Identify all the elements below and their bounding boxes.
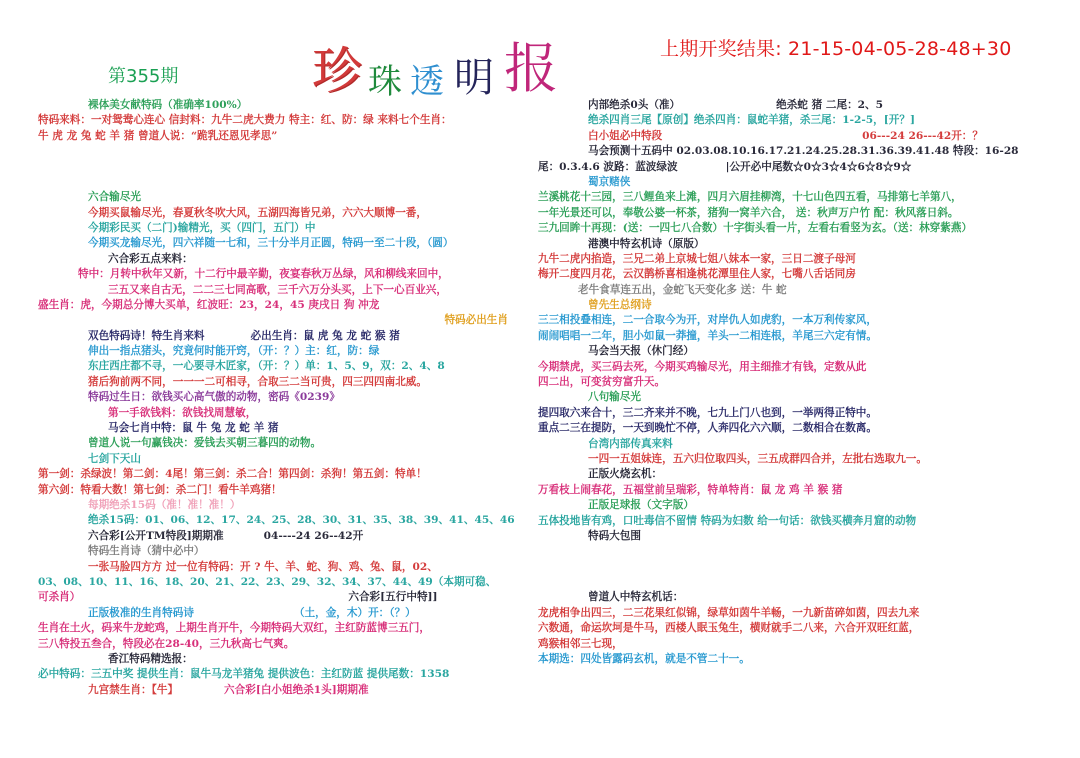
section-heading: 特码生肖诗（猜中必中） bbox=[38, 544, 508, 559]
heading-label: 双色特码诗！特生肖来料 bbox=[88, 330, 205, 342]
text-line: 今期禁虎，买三码去死，今期买鸡输尽光，用主细推才有钱，定数从此 bbox=[538, 360, 1038, 375]
text-line: 绝杀15码：01、06、12、17、24、25、28、30、31、35、38、3… bbox=[38, 513, 508, 528]
text-line: 万看枝上闹春花，五福堂前呈瑞彩，特单特肖：鼠 龙 鸡 羊 猴 猪 bbox=[538, 483, 1038, 498]
section-heading: 每期绝杀15码（准！准！准！） bbox=[38, 498, 508, 513]
text-line: 提四取六来合十，三二齐来并不晚，七九上门八也到，一举两得正特中。 bbox=[538, 406, 1038, 421]
text-line: 龙虎相争出四三，二三花果红似锦，绿草如茵牛羊畅，一九新苗碎如茵，四去九来 bbox=[538, 606, 1038, 621]
section-heading: 曾先生总纲诗 bbox=[538, 298, 1038, 313]
text-line: 一年光景还可以，奉敬公婆一杯茶，猪狗一窝羊六合， 送：秋声万户竹 配：秋风落日斜… bbox=[538, 206, 1038, 221]
text-line: 白小姐必中特段06---24 26---42开：？ bbox=[538, 129, 1038, 144]
text-line: 本期选：四处皆露码玄机，就是不管二十一。 bbox=[538, 652, 1038, 667]
text-line: 03、08、10、11、16、18、20、21、22、23、29、32、34、3… bbox=[38, 575, 508, 590]
section-heading: 正版足球报（文字版） bbox=[538, 498, 1038, 513]
elements-value: （土，金，木）开：（？） bbox=[294, 607, 416, 619]
heading-label: 六合彩[公开TM特段]期期准 bbox=[88, 530, 224, 542]
section-heading: 裸体美女献特码（准确率100%） bbox=[38, 98, 508, 113]
kill-values: 绝杀蛇 猪 二尾：2、5 bbox=[776, 99, 883, 111]
heading-label: 正版极准的生肖特码诗 bbox=[88, 607, 194, 619]
last-draw-result: 上期开奖结果: 21-15-04-05-28-48+30 bbox=[660, 34, 1011, 61]
text-line: 东庄西庄都不寻，一心要寻木匠家，（开：？）单：1、5、9，双：2、4、8 bbox=[38, 359, 508, 374]
text-line: 尾：0.3.4.6 波路：蓝波绿波|公开必中尾数☆0☆3☆4☆6☆8☆9☆ bbox=[538, 160, 1038, 175]
text-line: 可杀肖）六合彩[五行中特]] bbox=[38, 590, 508, 605]
text-line: 五体投地皆有鸡，口吐毒信不留情 特码为妇数 给一句话：欲钱买横奔月窟的动物 bbox=[538, 514, 1038, 529]
text-fragment: 尾：0.3.4.6 波路：蓝波绿波 bbox=[538, 161, 678, 173]
heading-label: 六合彩[白小姐绝杀1头]期期准 bbox=[224, 684, 369, 696]
text-line: 特码来料：一对鸳鸯心连心 信封料：九牛二虎大费力 特主：红、防：绿 来料七个生肖… bbox=[38, 113, 508, 128]
text-line: 马会七肖中特：鼠 牛 兔 龙 蛇 羊 猪 bbox=[38, 421, 508, 436]
text-line: 三八特投五叁合，特段必在28-40，三九秋高七气爽。 bbox=[38, 637, 508, 652]
text-line: 正版极准的生肖特码诗（土，金，木）开：（？） bbox=[38, 606, 508, 621]
text-line: 三三相投叠相连，二一合取今为开，对岸仇人如虎豹，一本万利传家风， bbox=[538, 313, 1038, 328]
text-line: 特码过生日：欲钱买心高气傲的动物，密码《0239》 bbox=[38, 390, 508, 405]
text-line: 生肖在土火，码来牛龙蛇鸡，上期生肖开牛，今期特码大双红，主红防蓝博三五门， bbox=[38, 621, 508, 636]
text-line: 第一手欲钱料：欲钱找周慧敏， bbox=[38, 406, 508, 421]
text-line: 伸出一指点猪头，究竟何时能开窍，（开：？）主：红，防：绿 bbox=[38, 344, 508, 359]
section-heading: 正版火烧玄机： bbox=[538, 467, 1038, 482]
heading-label: 白小姐必中特段 bbox=[588, 130, 662, 142]
text-line: 特中：月转中秋年又新，十二行中最辛勤，夜宴春秋万丛绿，风和柳线来回中， bbox=[38, 267, 508, 282]
spacer bbox=[38, 144, 508, 190]
section-heading: 八句输尽光 bbox=[538, 390, 1038, 405]
text-line: 盛生肖：虎，今期总分博大买单，红波旺：23，24，45 庚戌日 狗 冲龙 bbox=[38, 298, 508, 313]
text-line: 今期买鼠输尽光，春夏秋冬吹大风，五湖四海皆兄弟，六六大顺博一番， bbox=[38, 206, 508, 221]
text-line: 一张马脸四方方 过一位有特码：开 ? 牛、羊、蛇、狗、鸡、兔、鼠，02、 bbox=[38, 560, 508, 575]
title-char-2: 珠 bbox=[368, 54, 402, 103]
text-line: 一四一五姐妹连，五六归位取四头，三五成群四合并，左批右选取九一。 bbox=[538, 452, 1038, 467]
text-line: 第一剑：杀绿波！第二剑：4尾！第三剑：杀二合！第四剑：杀狗！第五剑：特单！ bbox=[38, 467, 508, 482]
text-line: 今期买龙输尽光，四六祥随一七和，三十分半月正圆，特码一至二十段，（圆） bbox=[38, 236, 508, 251]
text-line: 猪后狗前两不同，一一一二可相寻，合取三二当可贵，四三四四南北威。 bbox=[38, 375, 508, 390]
section-heading: 港澳中特玄机诗（原版） bbox=[538, 237, 1038, 252]
text-line: 梅开二度四月花，云汉鹊桥喜相逢桃花潭里住人家，七嘴八舌话同房 bbox=[538, 267, 1038, 282]
section-heading: 特码必出生肖 bbox=[38, 313, 508, 328]
zodiac-list: 必出生肖：鼠 虎 兔 龙 蛇 猴 猪 bbox=[251, 330, 400, 342]
section-heading: 六合彩五点来料： bbox=[38, 252, 508, 267]
section-heading: 蜀京赌侠 bbox=[538, 175, 1038, 190]
text-line: 第六剑：特看大数！第七剑：杀二门！看牛羊鸡猪！ bbox=[38, 483, 508, 498]
text-line: 重点二三在提防，一天到晚忙不停，人奔四化六六顺，二数相合在数离。 bbox=[538, 421, 1038, 436]
text-line: 三五又来自古无，二二三七同高歌，三千六万分头买，上下一心百业兴， bbox=[38, 283, 508, 298]
title-char-1: 珍 bbox=[312, 31, 362, 103]
right-column: 内部绝杀0头（准）绝杀蛇 猪 二尾：2、5 绝杀四肖三尾【原创】绝杀四肖：鼠蛇羊… bbox=[538, 98, 1038, 667]
page-header: 第355期 珍 珠 透 明 报 上期开奖结果: 21-15-04-05-28-4… bbox=[0, 0, 1080, 95]
text-fragment: 九宫禁生肖：【牛】 bbox=[88, 684, 178, 696]
text-line: 四二出，可变贫穷富升天。 bbox=[538, 375, 1038, 390]
section-heading: 特码大包围 bbox=[538, 529, 1038, 544]
tail-numbers: |公开必中尾数☆0☆3☆4☆6☆8☆9☆ bbox=[726, 161, 912, 173]
text-line: 内部绝杀0头（准）绝杀蛇 猪 二尾：2、5 bbox=[538, 98, 1038, 113]
left-column: 裸体美女献特码（准确率100%） 特码来料：一对鸳鸯心连心 信封料：九牛二虎大费… bbox=[38, 98, 508, 698]
spacer bbox=[538, 544, 1038, 590]
text-line: 六数通，命运坎坷是牛马，西楼人眠玉兔生，横财就手二八来，六合开双旺红蓝， bbox=[538, 621, 1038, 636]
section-heading: 马会当天报（休门经） bbox=[538, 344, 1038, 359]
text-line: 闹闹唱唱一二年，胆小如鼠一莽撞，羊头一二相连根，羊尾三六定有情。 bbox=[538, 329, 1038, 344]
section-heading: 七剑下天山 bbox=[38, 452, 508, 467]
text-line: 绝杀四肖三尾【原创】绝杀四肖：鼠蛇羊猪，杀三尾：1-2-5，[开？] bbox=[538, 113, 1038, 128]
section-heading: 台湾内部传真来料 bbox=[538, 437, 1038, 452]
text-line: 老牛食草连五出，金蛇飞天变化多 送：牛 蛇 bbox=[538, 283, 1038, 298]
title-char-5: 报 bbox=[504, 26, 558, 103]
text-line: 牛 虎 龙 兔 蛇 羊 猪 曾道人说：“跪乳还恩见孝思” bbox=[38, 129, 508, 144]
title-char-3: 透 bbox=[410, 54, 444, 103]
section-heading: 香江特码精选报： bbox=[38, 652, 508, 667]
text-line: 双色特码诗！特生肖来料必出生肖：鼠 虎 兔 龙 蛇 猴 猪 bbox=[38, 329, 508, 344]
newspaper-title: 珍 珠 透 明 报 bbox=[312, 26, 558, 103]
text-line: 曾道人说一句赢钱决：爱钱去买朝三暮四的动物。 bbox=[38, 436, 508, 451]
heading-label: 内部绝杀0头（准） bbox=[588, 99, 680, 111]
section-heading: 六合输尽光 bbox=[38, 190, 508, 205]
text-fragment: 可杀肖） bbox=[38, 591, 80, 603]
section-heading: 曾道人中特玄机话： bbox=[538, 590, 1038, 605]
text-line: 马会预测十五码中 02.03.08.10.16.17.21.24.25.28.3… bbox=[538, 144, 1038, 159]
range-value: 06---24 26---42开：？ bbox=[862, 130, 983, 142]
range-value: 04----24 26--42开 bbox=[264, 530, 364, 542]
text-line: 必中特码：三五中奖 提供生肖：鼠牛马龙羊猪兔 提供波色：主红防蓝 提供尾数：13… bbox=[38, 667, 508, 682]
text-line: 六合彩[公开TM特段]期期准04----24 26--42开 bbox=[38, 529, 508, 544]
issue-number: 第355期 bbox=[108, 62, 178, 88]
text-line: 九牛二虎内掐造，三兄二弟上京城七姐八妹本一家，三日二渡子母河 bbox=[538, 252, 1038, 267]
text-line: 今期彩民买（二门)输精光，买（四门，五门）中 bbox=[38, 221, 508, 236]
heading-label: 六合彩[五行中特]] bbox=[348, 591, 437, 603]
text-line: 三九回眸十再现：(送：一四七八合数）十字街头看一片，左看右看竖为玄。（送：林穿紫… bbox=[538, 221, 1038, 236]
text-line: 九宫禁生肖：【牛】六合彩[白小姐绝杀1头]期期准 bbox=[38, 683, 508, 698]
text-line: 鸡猴相邻三七现， bbox=[538, 637, 1038, 652]
text-line: 兰溪桃花十三园，三八鲤鱼来上滩，四月六眉挂柳湾，十七山色四五看，马排第七羊第八， bbox=[538, 190, 1038, 205]
title-char-4: 明 bbox=[454, 46, 494, 103]
